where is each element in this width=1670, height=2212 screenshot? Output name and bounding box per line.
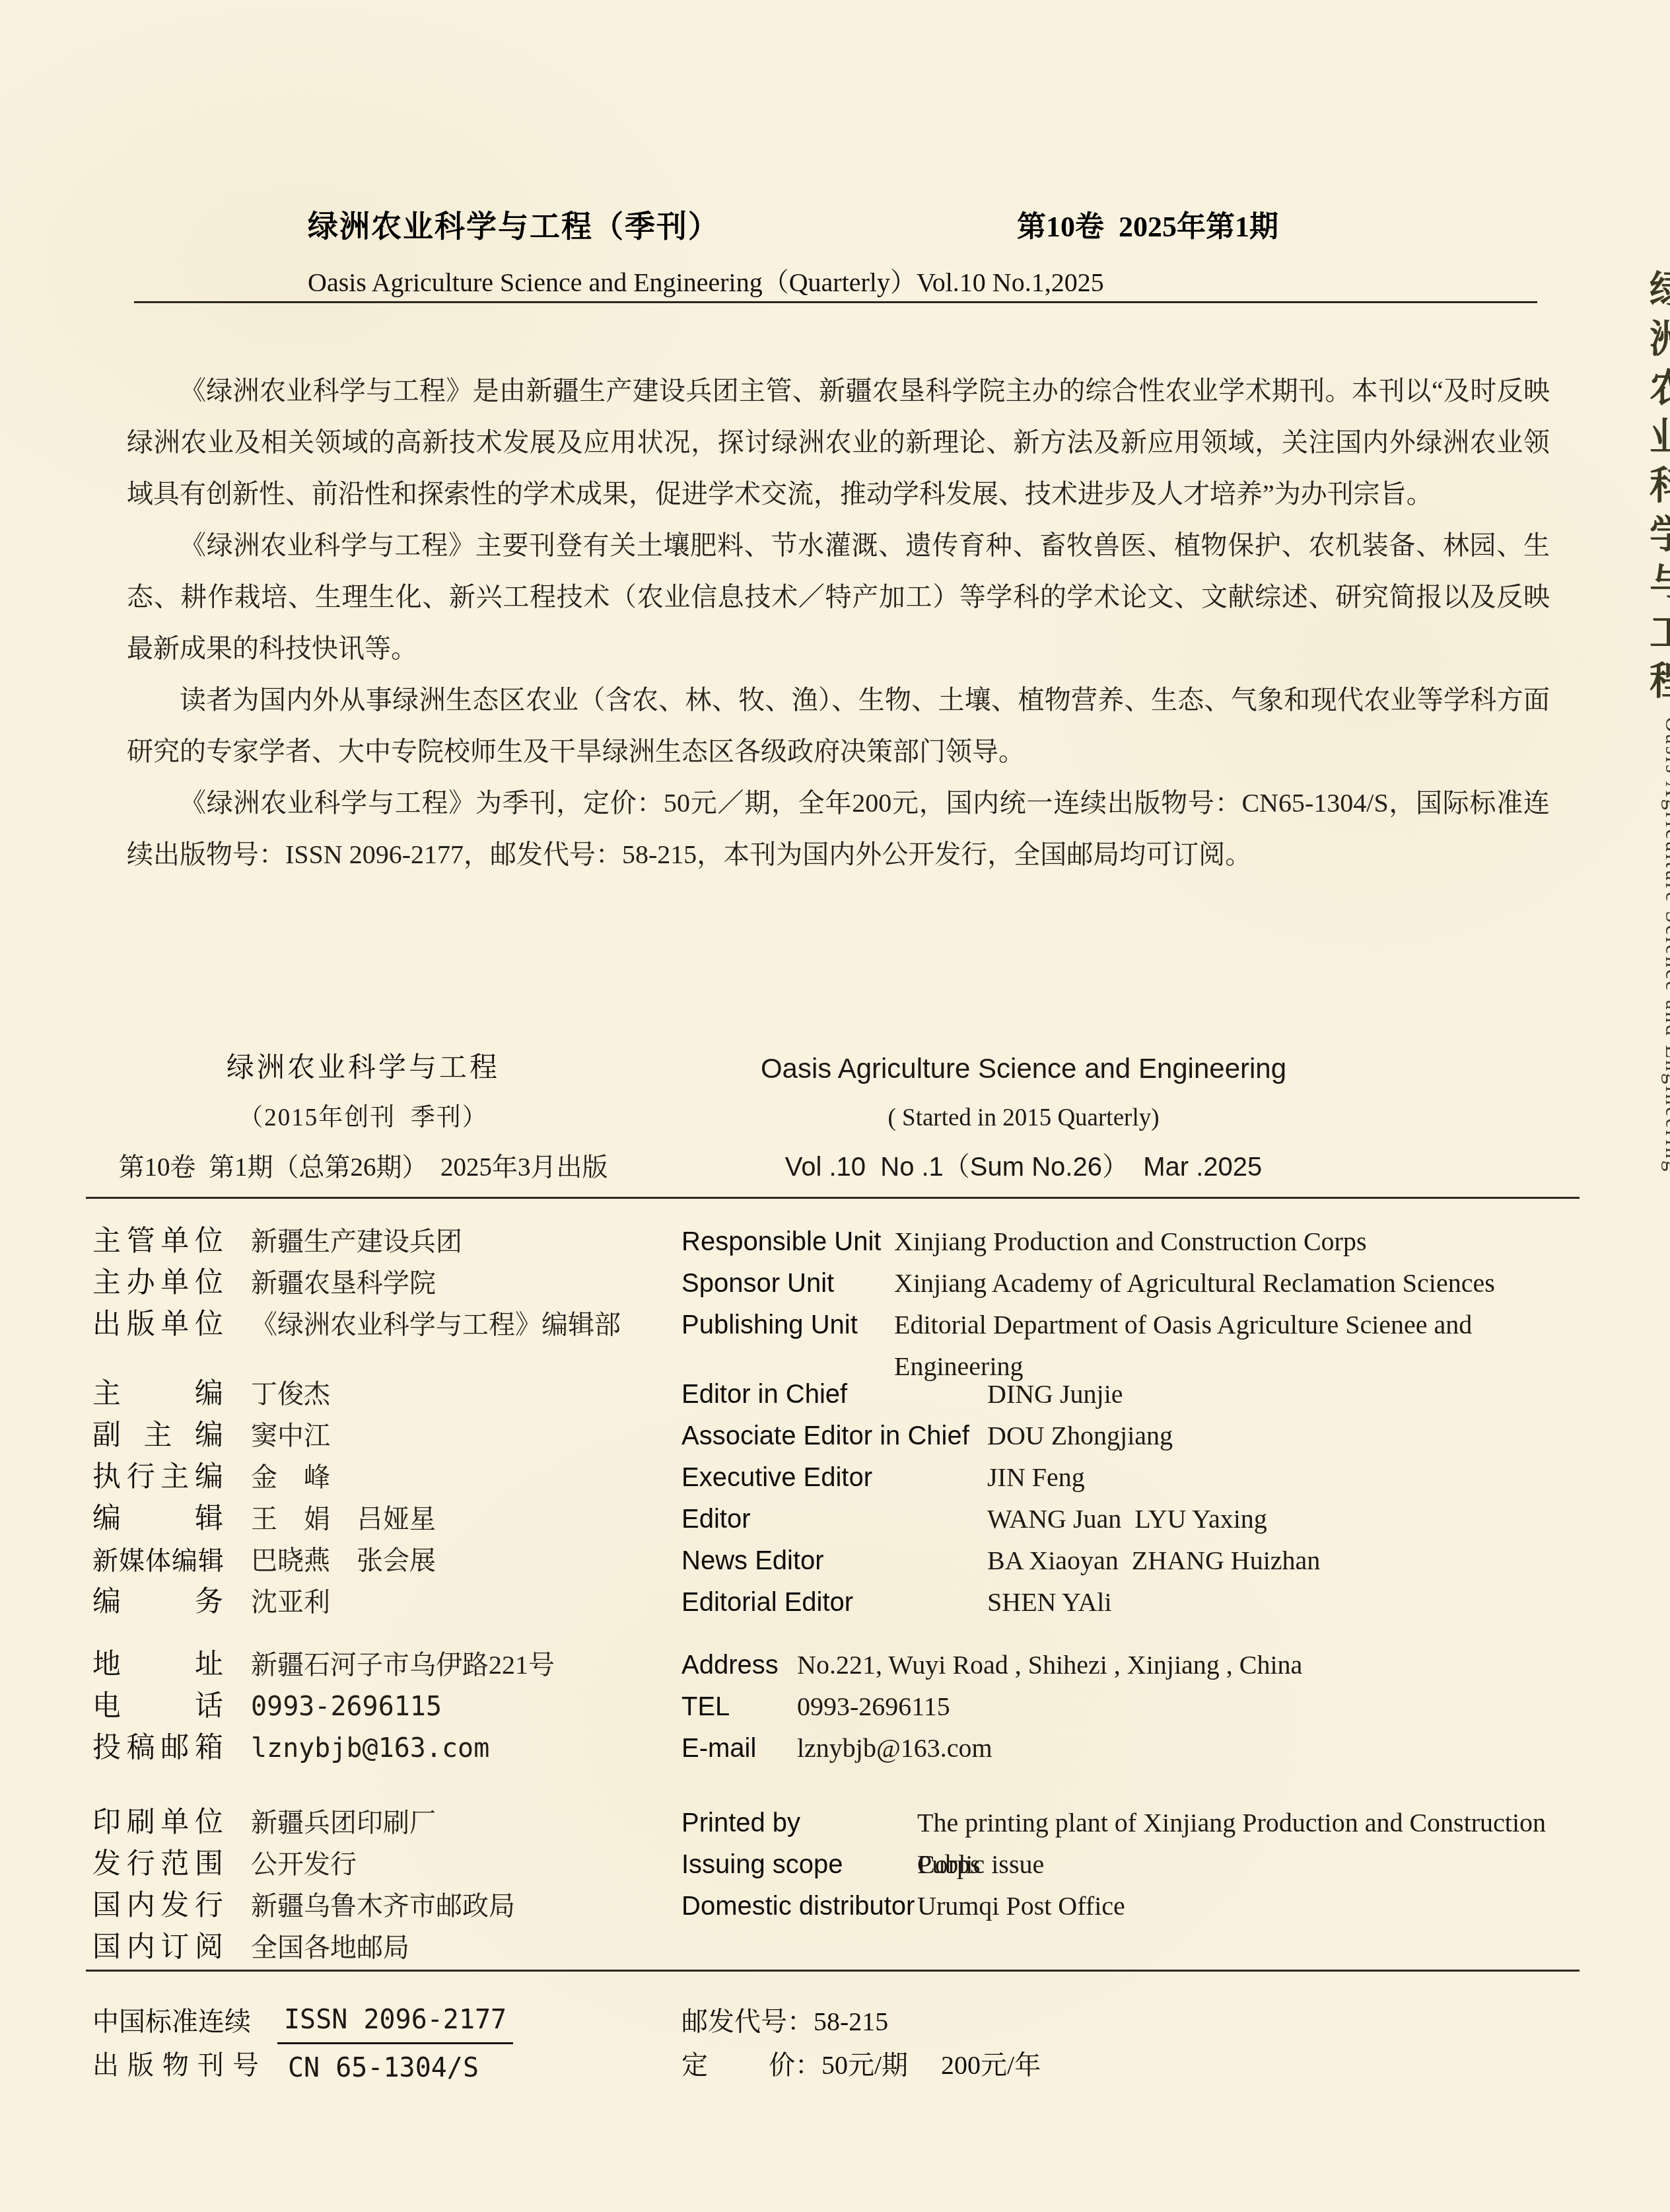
masthead-issue-en: Vol .10 No .1（Sum No.26） Mar .2025 bbox=[746, 1143, 1301, 1192]
cn-value: 沈亚利 bbox=[251, 1581, 330, 1623]
issn-label-line2: 出版物刊号 bbox=[92, 2044, 259, 2087]
cn-label: 新媒体编辑 bbox=[92, 1540, 223, 1582]
en-value: BA Xiaoyan ZHANG Huizhan bbox=[987, 1540, 1320, 1581]
cn-label: 地址 bbox=[92, 1644, 223, 1686]
issn-label-line1: 中国标准连续 bbox=[92, 2000, 259, 2044]
cn-value: 金 峰 bbox=[251, 1456, 330, 1498]
contact-group: 地址新疆石河子市乌伊路221号 AddressNo.221, Wuyi Road… bbox=[92, 1644, 1582, 1769]
cn-value: 窦中江 bbox=[251, 1415, 330, 1456]
cn-value: 公开发行 bbox=[251, 1843, 357, 1885]
cn-publication-number: CN 65-1304/S bbox=[277, 2044, 513, 2081]
cn-value: 新疆农垦科学院 bbox=[251, 1262, 436, 1304]
en-label: Address bbox=[681, 1645, 797, 1686]
intro-paragraph: 《绿洲农业科学与工程》为季刊，定价：50元／期，全年200元，国内统一连续出版物… bbox=[127, 777, 1550, 880]
cn-value: 新疆乌鲁木齐市邮政局 bbox=[251, 1885, 515, 1927]
page-header: 绿洲农业科学与工程（季刊） 第10卷 2025年第1期 Oasis Agricu… bbox=[308, 202, 1278, 299]
info-divider bbox=[86, 1970, 1580, 1972]
en-label: E-mail bbox=[681, 1728, 797, 1769]
en-value: Urumqi Post Office bbox=[917, 1885, 1125, 1927]
en-value: Xinjiang Academy of Agricultural Reclama… bbox=[894, 1262, 1495, 1304]
cn-value: 全国各地邮局 bbox=[251, 1927, 409, 1968]
masthead-founded-cn: （2015年创刊 季刊） bbox=[92, 1093, 634, 1143]
masthead-divider bbox=[86, 1197, 1580, 1199]
masthead-chinese: 绿洲农业科学与工程 （2015年创刊 季刊） 第10卷 第1期（总第26期） 2… bbox=[92, 1044, 634, 1192]
cn-label: 出版单位 bbox=[92, 1304, 223, 1345]
price-value: ：50元/期 200元/年 bbox=[795, 2044, 1041, 2087]
issn-cn-numbers: ISSN 2096-2177 CN 65-1304/S bbox=[277, 2000, 513, 2081]
cn-label: 执行主编 bbox=[92, 1456, 223, 1498]
cn-label: 副主编 bbox=[92, 1415, 223, 1456]
info-row: 副主编窦中江 Associate Editor in ChiefDOU Zhon… bbox=[92, 1415, 1582, 1456]
cn-value: 新疆石河子市乌伊路221号 bbox=[251, 1644, 555, 1686]
cn-label: 编务 bbox=[92, 1581, 223, 1623]
masthead-issue-cn: 第10卷 第1期（总第26期） 2025年3月出版 bbox=[92, 1143, 634, 1192]
en-label: Publishing Unit bbox=[681, 1304, 894, 1346]
cn-label: 印刷单位 bbox=[92, 1802, 223, 1843]
en-value: Xinjiang Production and Construction Cor… bbox=[894, 1221, 1367, 1262]
en-label: Domestic distributor bbox=[681, 1886, 917, 1927]
en-value: DING Junjie bbox=[987, 1373, 1123, 1415]
info-row: 主编丁俊杰 Editor in ChiefDING Junjie bbox=[92, 1373, 1582, 1415]
print-group: 印刷单位新疆兵团印刷厂 Printed byThe printing plant… bbox=[92, 1802, 1582, 1968]
spine-title-en-vertical: Oasis Agriculture Science and Engineerin… bbox=[1660, 717, 1670, 1173]
en-value: WANG Juan LYU Yaxing bbox=[987, 1498, 1267, 1540]
header-title-row: 绿洲农业科学与工程（季刊） 第10卷 2025年第1期 bbox=[308, 202, 1278, 246]
cn-value: 王 娟 吕娅星 bbox=[251, 1498, 436, 1540]
en-label: TEL bbox=[681, 1686, 797, 1728]
en-label: Responsible Unit bbox=[681, 1221, 894, 1263]
cn-label: 主办单位 bbox=[92, 1262, 223, 1304]
en-value: 0993-2696115 bbox=[797, 1686, 950, 1727]
cn-value: 0993-2696115 bbox=[251, 1686, 442, 1728]
cn-value: lznybjb@163.com bbox=[251, 1728, 489, 1769]
info-row: 执行主编金 峰 Executive EditorJIN Feng bbox=[92, 1456, 1582, 1498]
cn-value: 《绿洲农业科学与工程》编辑部 bbox=[251, 1304, 621, 1345]
price-label: 定价 bbox=[681, 2044, 795, 2087]
journal-subtitle-en: Oasis Agriculture Science and Engineerin… bbox=[308, 262, 1278, 299]
cn-label: 编辑 bbox=[92, 1498, 223, 1540]
info-row: 发行范围公开发行 Issuing scopePublic issue bbox=[92, 1843, 1582, 1885]
cn-value: 新疆生产建设兵团 bbox=[251, 1221, 462, 1262]
journal-issue-cn: 第10卷 2025年第1期 bbox=[1017, 203, 1278, 245]
issn-number: ISSN 2096-2177 bbox=[277, 2000, 513, 2044]
journal-title-cn: 绿洲农业科学与工程（季刊） bbox=[308, 202, 720, 246]
cn-label: 发行范围 bbox=[92, 1843, 223, 1885]
info-row: 编辑王 娟 吕娅星 EditorWANG Juan LYU Yaxing bbox=[92, 1498, 1582, 1540]
editors-group: 主编丁俊杰 Editor in ChiefDING Junjie 副主编窦中江 … bbox=[92, 1373, 1582, 1623]
price-line: 定价 ：50元/期 200元/年 bbox=[681, 2044, 1041, 2087]
cn-value: 新疆兵团印刷厂 bbox=[251, 1802, 436, 1843]
masthead-title-cn: 绿洲农业科学与工程 bbox=[92, 1044, 634, 1093]
cn-label: 国内订阅 bbox=[92, 1927, 223, 1968]
info-row: 印刷单位新疆兵团印刷厂 Printed byThe printing plant… bbox=[92, 1802, 1582, 1843]
info-row: 主管单位新疆生产建设兵团 Responsible UnitXinjiang Pr… bbox=[92, 1221, 1582, 1262]
info-row: 新媒体编辑巴晓燕 张会展 News EditorBA Xiaoyan ZHANG… bbox=[92, 1540, 1582, 1581]
cn-label: 国内发行 bbox=[92, 1885, 223, 1927]
en-value: SHEN YAli bbox=[987, 1581, 1112, 1623]
masthead-founded-en: ( Started in 2015 Quarterly) bbox=[746, 1093, 1301, 1143]
info-row: 电话0993-2696115 TEL0993-2696115 bbox=[92, 1686, 1582, 1727]
info-row: 编务沈亚利 Editorial EditorSHEN YAli bbox=[92, 1581, 1582, 1623]
cn-value: 巴晓燕 张会展 bbox=[251, 1540, 436, 1581]
en-label: Executive Editor bbox=[681, 1457, 987, 1499]
intro-paragraph: 读者为国内外从事绿洲生态区农业（含农、林、牧、渔）、生物、土壤、植物营养、生态、… bbox=[127, 674, 1550, 777]
postal-code: 邮发代号：58-215 bbox=[681, 2000, 1041, 2044]
cn-label: 电话 bbox=[92, 1686, 223, 1727]
en-label: Associate Editor in Chief bbox=[681, 1415, 987, 1457]
journal-introduction: 《绿洲农业科学与工程》是由新疆生产建设兵团主管、新疆农垦科学院主办的综合性农业学… bbox=[127, 365, 1550, 880]
cn-label: 主管单位 bbox=[92, 1221, 223, 1262]
info-row: 国内发行新疆乌鲁木齐市邮政局 Domestic distributorUrumq… bbox=[92, 1885, 1582, 1927]
info-row: 国内订阅全国各地邮局 bbox=[92, 1927, 1582, 1968]
masthead-title-en: Oasis Agriculture Science and Engineerin… bbox=[746, 1044, 1301, 1093]
en-label: Issuing scope bbox=[681, 1844, 917, 1886]
spine-title-cn-vertical: 绿洲农业科学与工程 bbox=[1637, 269, 1670, 709]
en-value: JIN Feng bbox=[987, 1456, 1085, 1498]
en-label: Editorial Editor bbox=[681, 1582, 987, 1623]
header-divider bbox=[134, 301, 1537, 303]
en-value: DOU Zhongjiang bbox=[987, 1415, 1173, 1456]
en-label: News Editor bbox=[681, 1540, 987, 1582]
issn-block: 中国标准连续 出版物刊号 ISSN 2096-2177 CN 65-1304/S bbox=[92, 2000, 513, 2087]
info-row: 投稿邮箱lznybjb@163.com E-maillznybjb@163.co… bbox=[92, 1727, 1582, 1769]
en-value: Public issue bbox=[917, 1843, 1044, 1885]
cn-label: 主编 bbox=[92, 1373, 223, 1415]
info-row: 地址新疆石河子市乌伊路221号 AddressNo.221, Wuyi Road… bbox=[92, 1644, 1582, 1686]
price-block: 邮发代号：58-215 定价 ：50元/期 200元/年 bbox=[681, 2000, 1041, 2087]
issn-label: 中国标准连续 出版物刊号 bbox=[92, 2000, 259, 2087]
intro-paragraph: 《绿洲农业科学与工程》主要刊登有关土壤肥料、节水灌溉、遗传育种、畜牧兽医、植物保… bbox=[127, 520, 1550, 674]
en-label: Printed by bbox=[681, 1802, 917, 1844]
en-label: Editor in Chief bbox=[681, 1374, 987, 1415]
units-group: 主管单位新疆生产建设兵团 Responsible UnitXinjiang Pr… bbox=[92, 1221, 1582, 1345]
intro-paragraph: 《绿洲农业科学与工程》是由新疆生产建设兵团主管、新疆农垦科学院主办的综合性农业学… bbox=[127, 365, 1550, 520]
en-value: No.221, Wuyi Road , Shihezi , Xinjiang ,… bbox=[797, 1644, 1302, 1686]
info-row: 主办单位新疆农垦科学院 Sponsor UnitXinjiang Academy… bbox=[92, 1262, 1582, 1304]
info-row: 出版单位《绿洲农业科学与工程》编辑部 Publishing UnitEditor… bbox=[92, 1304, 1582, 1345]
masthead-english: Oasis Agriculture Science and Engineerin… bbox=[746, 1044, 1301, 1192]
journal-colophon-page: 绿洲农业科学与工程（季刊） 第10卷 2025年第1期 Oasis Agricu… bbox=[0, 0, 1670, 2212]
publication-info: 主管单位新疆生产建设兵团 Responsible UnitXinjiang Pr… bbox=[92, 1221, 1582, 1968]
cn-label: 投稿邮箱 bbox=[92, 1727, 223, 1769]
page-footer: 中国标准连续 出版物刊号 ISSN 2096-2177 CN 65-1304/S… bbox=[92, 2000, 1582, 2132]
en-label: Sponsor Unit bbox=[681, 1263, 894, 1304]
en-value: lznybjb@163.com bbox=[797, 1727, 992, 1769]
cn-value: 丁俊杰 bbox=[251, 1373, 330, 1415]
en-label: Editor bbox=[681, 1499, 987, 1540]
masthead: 绿洲农业科学与工程 （2015年创刊 季刊） 第10卷 第1期（总第26期） 2… bbox=[92, 1044, 1578, 1192]
